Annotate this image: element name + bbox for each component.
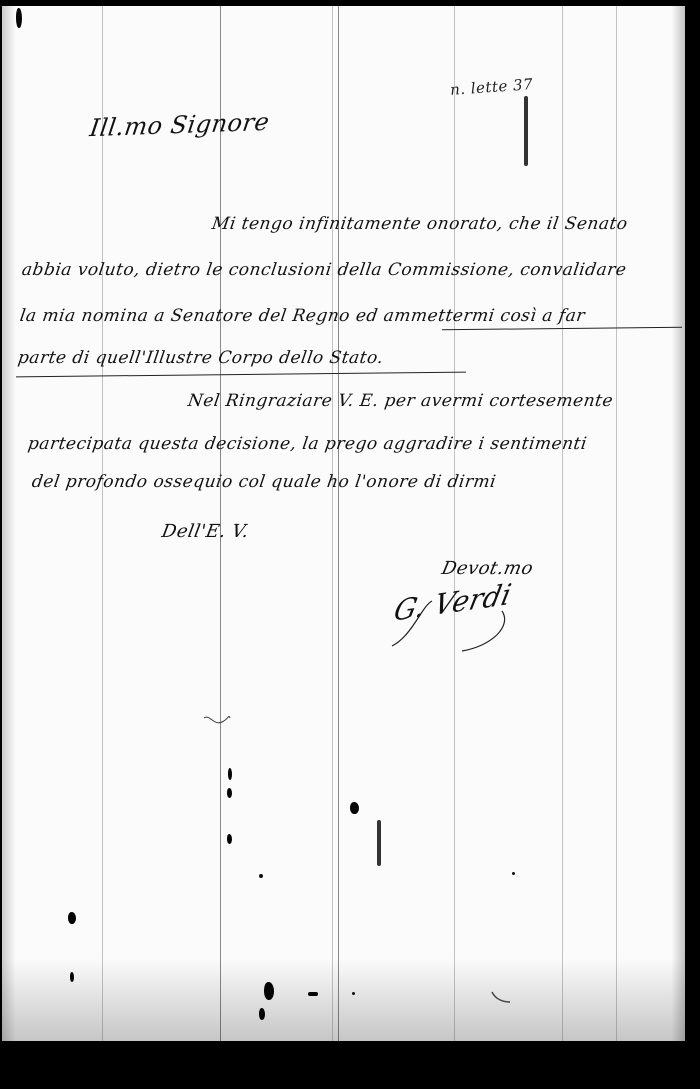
body-line-5: Nel Ringraziare V. E. per avermi cortese… — [187, 391, 615, 411]
body-line-7: del profondo ossequio col quale ho l'ono… — [31, 472, 498, 492]
body-line-2: abbia voluto, dietro le conclusioni dell… — [21, 260, 628, 280]
body-line-6: partecipata questa decisione, la prego a… — [27, 434, 589, 454]
ink-blot — [16, 8, 22, 28]
letter-page: n. lette 37 Ill.mo Signore Mi tengo infi… — [2, 6, 685, 1041]
ink-blot — [524, 96, 528, 166]
body-line-1: Mi tengo infinitamente onorato, che il S… — [211, 214, 629, 234]
salutation: Ill.mo Signore — [88, 108, 271, 142]
courtesy-formula: Dell'E. V. — [160, 521, 250, 542]
body-line-4: parte di quell'Illustre Corpo dello Stat… — [17, 348, 385, 368]
ink-stroke — [490, 990, 514, 1006]
ink-squiggle — [202, 712, 232, 728]
closing: Devot.mo — [440, 558, 535, 579]
body-line-3: la mia nomina a Senatore del Regno ed am… — [19, 306, 587, 326]
archive-annotation: n. lette 37 — [449, 75, 533, 99]
signature-flourish — [382, 596, 522, 656]
